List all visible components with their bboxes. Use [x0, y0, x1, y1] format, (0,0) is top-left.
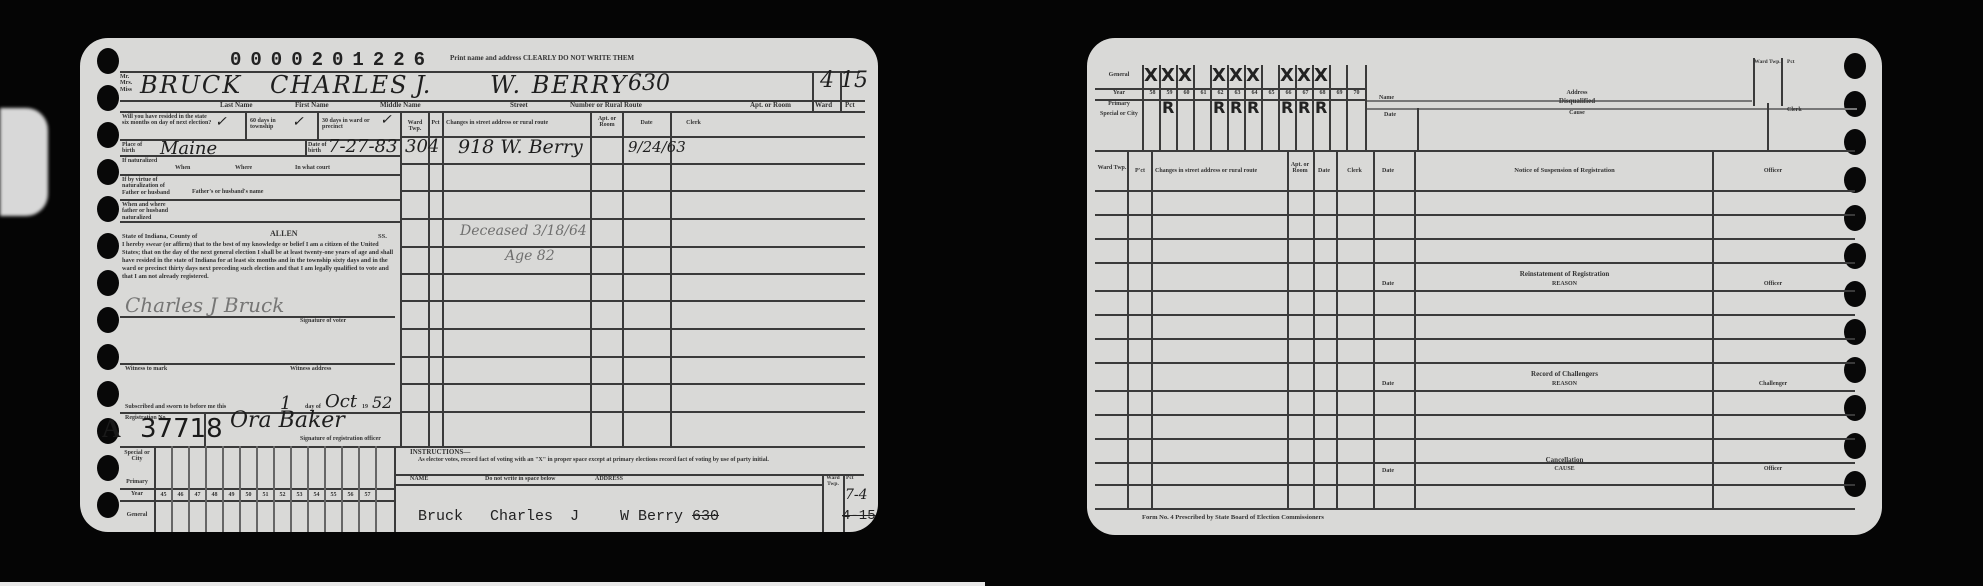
- rule: [442, 111, 444, 446]
- rule: [245, 111, 247, 139]
- rule: [400, 163, 865, 165]
- punch-hole: [97, 122, 119, 148]
- rule: [188, 446, 190, 532]
- rule: [1095, 508, 1855, 510]
- punch-hole: [97, 492, 119, 518]
- punch-hole: [97, 307, 119, 333]
- residence-question-township: 60 days in township: [250, 118, 290, 131]
- rule: [120, 174, 400, 176]
- rule: [120, 500, 395, 502]
- rule: [1095, 238, 1855, 240]
- rule: [305, 139, 307, 155]
- rule: [120, 221, 400, 223]
- grid-year: 70: [1348, 90, 1365, 96]
- year-prefix: 19: [362, 404, 368, 410]
- rule: [1781, 58, 1783, 106]
- scan-edge-strip: [0, 582, 985, 586]
- changes-header-ward: Ward Twp.: [1097, 165, 1127, 171]
- grid-label-primary: Primary: [1097, 101, 1141, 107]
- pct-value: 15: [840, 68, 868, 93]
- rule: [341, 446, 343, 532]
- general-vote-mark: X: [1246, 65, 1260, 86]
- rule: [1313, 150, 1315, 508]
- grid-year: 47: [189, 492, 206, 498]
- rule: [590, 111, 592, 446]
- rule: [1151, 150, 1153, 508]
- pct-label: Pct: [845, 102, 855, 109]
- street-label: Street: [510, 102, 528, 109]
- disqualified-ward-label: Ward Twp.: [1754, 60, 1781, 66]
- grid-year: 50: [240, 492, 257, 498]
- residence-answer-township: ✓: [292, 114, 304, 130]
- primary-vote-mark: R: [1281, 98, 1293, 117]
- primary-vote-mark: R: [1213, 98, 1225, 117]
- naturalized-where-label: Where: [235, 165, 252, 171]
- grid-year: 56: [342, 492, 359, 498]
- rule: [1095, 190, 1855, 192]
- registration-card-back: General Year Primary Special or City 58 …: [1087, 38, 1882, 535]
- registration-card-front: 0000201226 Print name and address CLEARL…: [80, 38, 878, 532]
- rule: [1095, 338, 1855, 340]
- changes-header-ward: Ward Twp.: [402, 120, 428, 133]
- first-name-value: CHARLES: [270, 71, 409, 99]
- rule: [171, 446, 173, 532]
- rule: [358, 446, 360, 532]
- rule: [1095, 214, 1855, 216]
- grid-year: 46: [172, 492, 189, 498]
- place-of-birth-label: Place of birth: [122, 142, 152, 155]
- disqualified-date-label: Date: [1384, 112, 1396, 118]
- punch-hole: [1844, 319, 1866, 345]
- primary-vote-mark: R: [1162, 98, 1174, 117]
- typed-ward-pct-new: 7-4: [845, 487, 868, 503]
- rule: [400, 411, 865, 413]
- rule: [1261, 65, 1263, 152]
- apt-label: Apt. or Room: [750, 102, 791, 109]
- rule: [120, 316, 395, 318]
- number-label: Number or Rural Route: [570, 102, 642, 109]
- grid-label-general: General: [1097, 72, 1141, 78]
- father-name-label: Father's or husband's name: [192, 189, 263, 195]
- date-of-birth-value: 7-27-83: [328, 136, 397, 157]
- rule: [1336, 150, 1338, 508]
- punch-hole: [97, 233, 119, 259]
- typed-last-name: Bruck: [418, 508, 463, 525]
- punch-hole: [97, 344, 119, 370]
- punch-hole: [1844, 433, 1866, 459]
- rule: [1095, 262, 1855, 264]
- rule: [394, 474, 864, 476]
- rule: [400, 356, 865, 358]
- grid-year: 49: [223, 492, 240, 498]
- rule: [239, 446, 241, 532]
- grid-label-year: Year: [122, 491, 152, 497]
- naturalized-label: If naturalized: [122, 158, 162, 164]
- rule: [317, 111, 319, 139]
- disqualified-clerk-label: Clerk: [1787, 107, 1802, 113]
- street-value: W. BERRY: [490, 71, 628, 99]
- punch-hole: [1844, 357, 1866, 383]
- typed-first-name: Charles: [490, 508, 553, 525]
- first-name-label: First Name: [295, 102, 329, 109]
- grid-year: 51: [257, 492, 274, 498]
- rule: [840, 71, 842, 111]
- rule: [400, 111, 402, 446]
- suspension-title: Notice of Suspension of Registration: [1417, 168, 1712, 175]
- rule: [375, 446, 377, 532]
- changes-header-pct: Pct: [429, 120, 442, 126]
- typed-middle-initial: J: [570, 508, 579, 525]
- county-line-label: State of Indiana, County of: [122, 234, 197, 241]
- primary-vote-mark: R: [1230, 98, 1242, 117]
- primary-vote-mark: R: [1298, 98, 1310, 117]
- reinstatement-reason-label: REASON: [1417, 281, 1712, 287]
- changes-row-address: 918 W. Berry: [458, 136, 583, 158]
- grid-year: 57: [359, 492, 376, 498]
- reinstatement-officer-label: Officer: [1713, 281, 1833, 287]
- witness-address-label: Witness address: [290, 366, 331, 372]
- general-vote-mark: X: [1161, 65, 1175, 86]
- rule: [120, 111, 865, 113]
- officer-signature: Ora Baker: [230, 408, 345, 433]
- rule: [394, 446, 396, 532]
- rule: [400, 190, 865, 192]
- grid-year: 52: [274, 492, 291, 498]
- serial-stamp: 0000201226: [230, 49, 434, 71]
- suspension-officer-label: Officer: [1713, 168, 1833, 174]
- rule: [1193, 65, 1195, 152]
- when-where-naturalized-label: When and where father or husband natural…: [122, 202, 182, 221]
- rule: [273, 446, 275, 532]
- naturalized-when-label: When: [175, 165, 190, 171]
- typed-number-struck: 630: [692, 508, 719, 525]
- witness-label: Witness to mark: [125, 366, 167, 372]
- rule: [1095, 484, 1855, 486]
- rule: [154, 446, 156, 532]
- ward-label: Ward: [815, 102, 832, 109]
- general-vote-mark: X: [1178, 65, 1192, 86]
- rule: [400, 246, 865, 248]
- general-vote-mark: X: [1314, 65, 1328, 86]
- rule: [400, 328, 865, 330]
- suspension-date-label: Date: [1382, 168, 1394, 174]
- last-name-label: Last Name: [220, 102, 252, 109]
- rule: [1095, 414, 1855, 416]
- changes-header-clerk: Clerk: [671, 120, 716, 126]
- changes-header-address: Changes in street address or rural route: [446, 120, 548, 126]
- rule: [120, 199, 400, 201]
- punch-hole: [97, 85, 119, 111]
- voter-signature-label: Signature of voter: [300, 318, 346, 324]
- rule: [394, 484, 822, 486]
- rule: [1095, 314, 1855, 316]
- rule: [1373, 150, 1375, 508]
- footer-ward-label: Ward Twp.: [823, 476, 843, 488]
- changes-row-address-age: Age 82: [505, 248, 555, 264]
- changes-header-apt: Apt. or Room: [1288, 162, 1312, 175]
- rule: [307, 446, 309, 532]
- ward-value: 4: [820, 68, 834, 93]
- rule: [1767, 103, 1769, 150]
- challengers-title: Record of Challengers: [1417, 371, 1712, 378]
- challengers-challenger-label: Challenger: [1713, 381, 1833, 387]
- changes-header-address: Changes in street address or rural route: [1155, 168, 1257, 174]
- rule: [400, 273, 865, 275]
- disqualified-address-label: Address: [1527, 90, 1627, 96]
- middle-name-value: J.: [415, 71, 430, 99]
- middle-name-label: Middle Name: [380, 102, 421, 109]
- rule: [222, 446, 224, 532]
- registration-series: A: [102, 414, 121, 444]
- form-footer: Form No. 4 Prescribed by State Board of …: [1142, 515, 1324, 522]
- reinstatement-title: Reinstatement of Registration: [1417, 271, 1712, 278]
- grid-year: 55: [325, 492, 342, 498]
- father-naturalization-label: If by virtue of naturalization of Father…: [122, 177, 182, 196]
- footer-do-not-write-label: Do not write in space below: [485, 476, 556, 482]
- footer-name-label: NAME: [410, 476, 428, 482]
- typed-ward-pct-struck: 4-15: [842, 508, 876, 524]
- rule: [120, 488, 395, 490]
- changes-header-clerk: Clerk: [1337, 168, 1372, 174]
- subscribed-year: 52: [372, 393, 392, 412]
- county-value: ALLEN: [270, 230, 298, 238]
- punch-hole: [1844, 91, 1866, 117]
- changes-header-date: Date: [623, 120, 670, 126]
- officer-signature-label: Signature of registration officer: [300, 436, 381, 442]
- rule: [1287, 150, 1289, 508]
- residence-answer-precinct: ✓: [380, 112, 392, 128]
- rule: [204, 412, 206, 446]
- no-label: Mr.Mrs.Miss: [120, 74, 132, 93]
- registration-number: 37718: [140, 414, 223, 444]
- cancellation-cause-label: CAUSE: [1417, 466, 1712, 472]
- punch-hole: [97, 159, 119, 185]
- cancellation-date-label: Date: [1382, 468, 1394, 474]
- footer-address-label: ADDRESS: [595, 476, 623, 482]
- last-name-value: BRUCK: [140, 71, 242, 99]
- rule: [120, 446, 865, 448]
- rule: [622, 111, 624, 446]
- punch-hole: [1844, 395, 1866, 421]
- rule: [1346, 65, 1348, 152]
- rule: [1095, 290, 1855, 292]
- rule: [1095, 438, 1855, 440]
- grid-label-special: Special or City: [122, 450, 152, 463]
- scan-artifact: [0, 108, 48, 216]
- header-instruction: Print name and address CLEARLY DO NOT WR…: [450, 55, 634, 62]
- punch-hole: [1844, 243, 1866, 269]
- rule: [1417, 108, 1419, 150]
- disqualified-title: Disqualified: [1527, 98, 1627, 105]
- rule: [290, 446, 292, 532]
- punch-hole: [97, 270, 119, 296]
- punch-hole: [97, 381, 119, 407]
- punch-hole: [1844, 53, 1866, 79]
- grid-label-general: General: [122, 512, 152, 518]
- ss-label: SS.: [378, 234, 387, 241]
- oath-text: I hereby swear (or affirm) that to the b…: [122, 241, 394, 281]
- instructions-text: As elector votes, record fact of voting …: [418, 457, 818, 463]
- rule: [1095, 362, 1855, 364]
- rule: [812, 71, 814, 111]
- general-vote-mark: X: [1144, 65, 1158, 86]
- grid-year: 45: [155, 492, 172, 498]
- instructions-title: INSTRUCTIONS—: [410, 449, 470, 456]
- punch-hole: [1844, 205, 1866, 231]
- rule: [256, 446, 258, 532]
- number-value: 630: [628, 71, 670, 96]
- naturalized-court-label: In what court: [295, 165, 330, 171]
- changes-row-ward: 304: [405, 136, 439, 157]
- reinstatement-date-label: Date: [1382, 281, 1394, 287]
- typed-street: W Berry: [620, 508, 683, 525]
- general-vote-mark: X: [1229, 65, 1243, 86]
- grid-label-primary: Primary: [122, 479, 152, 485]
- grid-label-year: Year: [1097, 90, 1141, 96]
- voter-signature: Charles J Bruck: [125, 293, 284, 317]
- changes-header-apt: Apt. or Room: [592, 116, 622, 129]
- punch-hole: [97, 196, 119, 222]
- rule: [1712, 150, 1714, 508]
- grid-label-special: Special or City: [1097, 111, 1141, 117]
- cancellation-officer-label: Officer: [1713, 466, 1833, 472]
- cancellation-title: Cancellation: [1417, 457, 1712, 464]
- changes-row-address-deceased: Deceased 3/18/64: [460, 223, 587, 239]
- residence-answer-state: ✓: [215, 114, 227, 130]
- rule: [428, 111, 430, 446]
- challengers-date-label: Date: [1382, 381, 1394, 387]
- residence-question-state: Will you have resided in the state six m…: [122, 114, 212, 127]
- disqualified-cause-label: Cause: [1527, 110, 1627, 116]
- general-vote-mark: X: [1212, 65, 1226, 86]
- punch-hole: [1844, 281, 1866, 307]
- general-vote-mark: X: [1297, 65, 1311, 86]
- challengers-reason-label: REASON: [1417, 381, 1712, 387]
- rule: [120, 363, 395, 365]
- rule: [1095, 390, 1855, 392]
- grid-year: 54: [308, 492, 325, 498]
- rule: [324, 446, 326, 532]
- rule: [670, 111, 672, 446]
- footer-pct-label: Pct: [846, 476, 854, 482]
- changes-row-date: 9/24/63: [628, 138, 686, 156]
- grid-year: 53: [291, 492, 308, 498]
- rule: [400, 300, 865, 302]
- punch-hole: [97, 48, 119, 74]
- rule: [400, 383, 865, 385]
- punch-hole: [97, 455, 119, 481]
- primary-vote-mark: R: [1315, 98, 1327, 117]
- rule: [1095, 150, 1855, 152]
- general-vote-mark: X: [1280, 65, 1294, 86]
- rule: [1329, 65, 1331, 152]
- rule: [205, 446, 207, 532]
- primary-vote-mark: R: [1247, 98, 1259, 117]
- disqualified-pct-label: Pct: [1787, 60, 1795, 66]
- subscribed-label: Subscribed and sworn to before me this: [125, 404, 226, 410]
- rule: [120, 155, 400, 157]
- rule: [1414, 150, 1416, 508]
- grid-year: 48: [206, 492, 223, 498]
- changes-header-date: Date: [1313, 168, 1335, 174]
- rule: [400, 218, 865, 220]
- residence-question-precinct: 30 days in ward or precinct: [322, 118, 377, 131]
- rule: [1127, 150, 1129, 508]
- changes-header-pct: P'ct: [1129, 168, 1151, 174]
